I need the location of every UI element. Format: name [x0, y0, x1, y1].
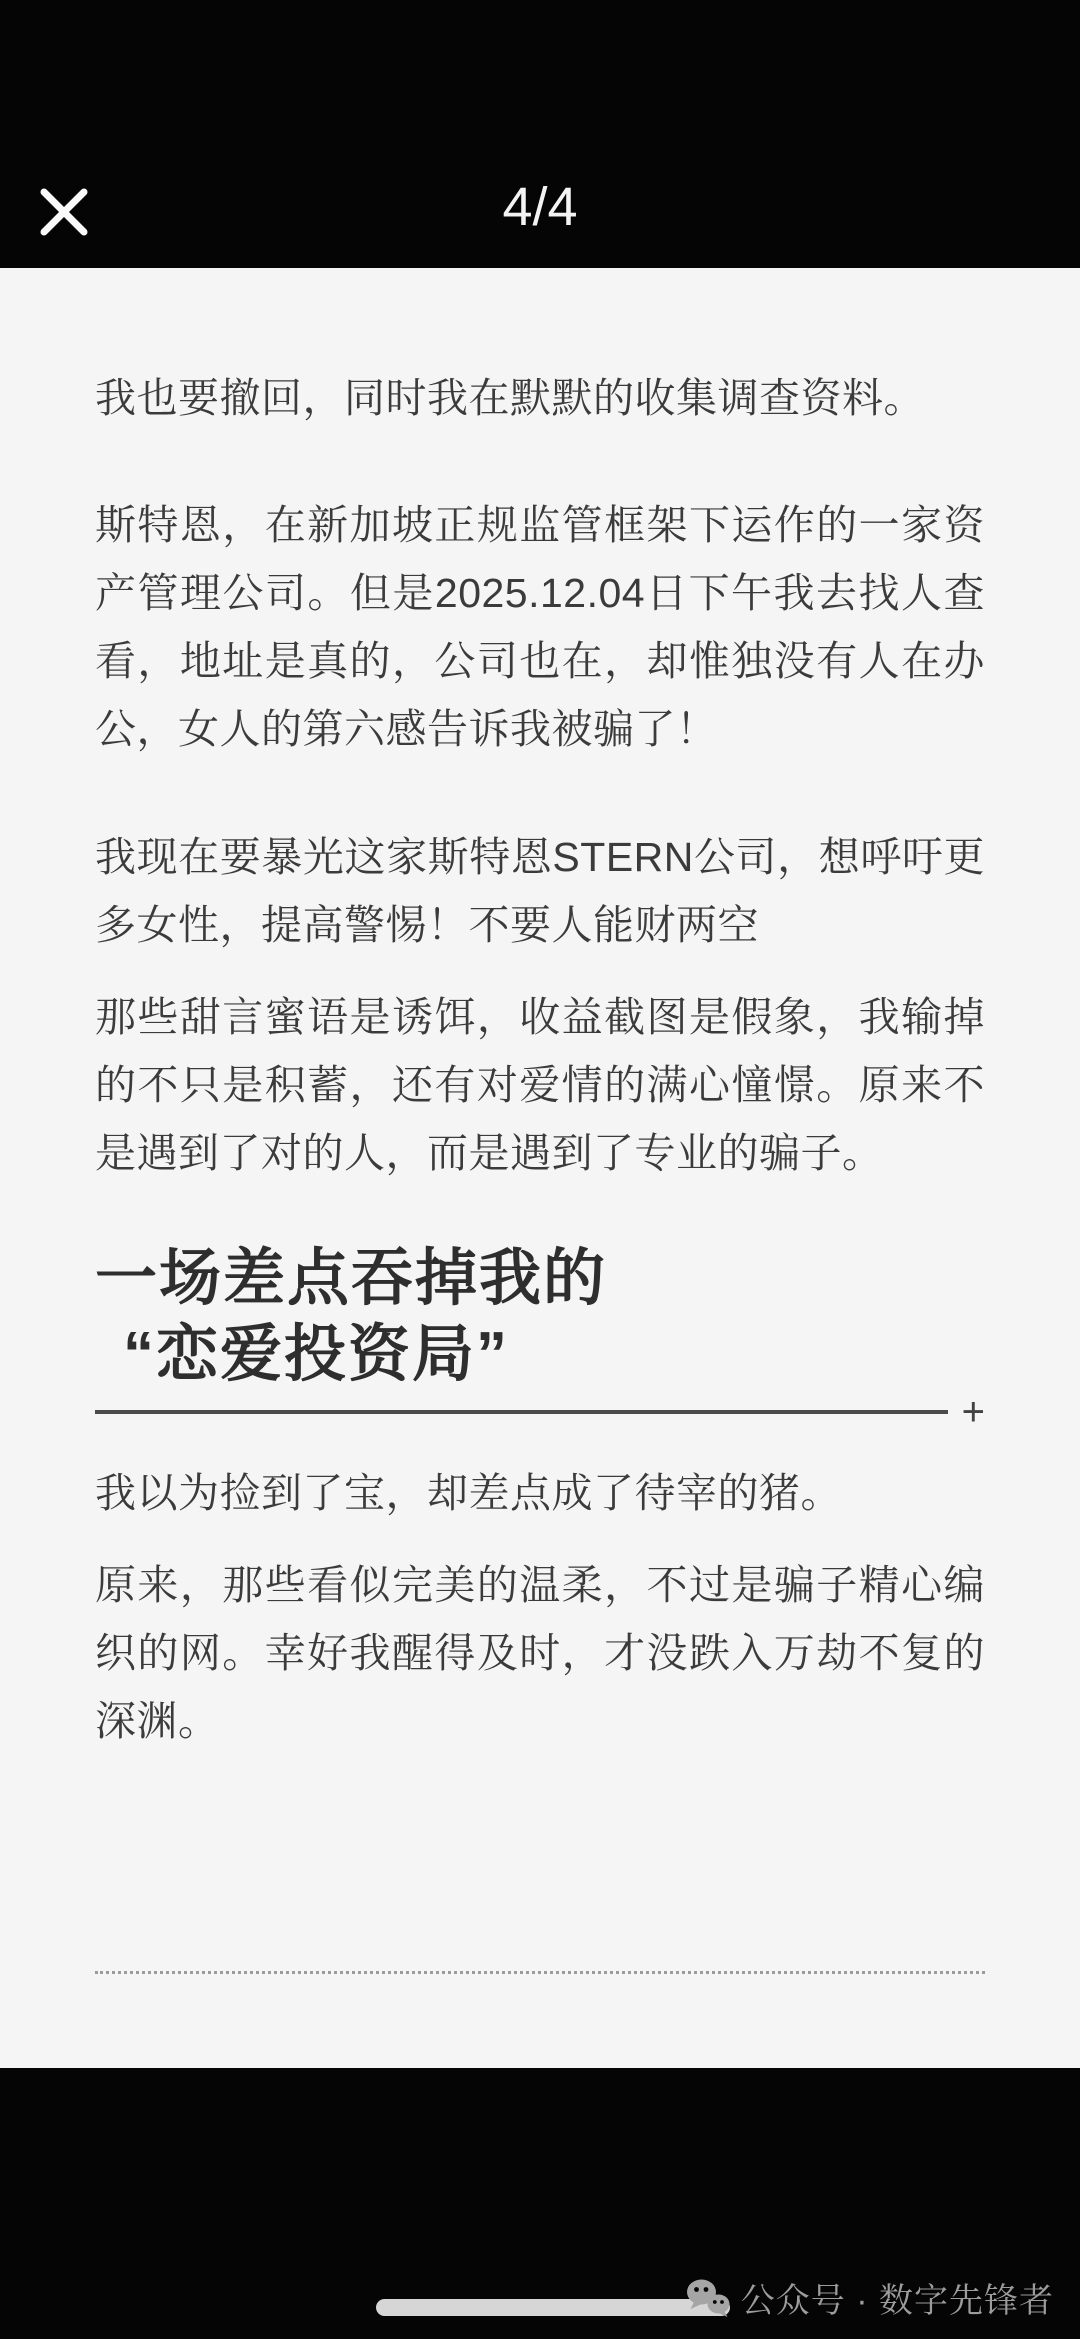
heading-line-2: “恋爱投资局” [95, 1317, 985, 1393]
wechat-icon [685, 2278, 731, 2323]
page-indicator: 4/4 [0, 176, 1080, 238]
paragraph: 斯特恩，在新加坡正规监管框架下运作的一家资产管理公司。但是2025.12.04日… [95, 491, 985, 763]
heading-divider: + [95, 1393, 985, 1431]
paragraph: 那些甜言蜜语是诱饵，收益截图是假象，我输掉的不只是积蓄，还有对爱情的满心憧憬。原… [95, 983, 985, 1187]
home-indicator[interactable] [376, 2299, 730, 2316]
article-heading: 一场差点吞掉我的 “恋爱投资局” [95, 1241, 985, 1393]
paragraph: 我现在要暴光这家斯特恩STERN公司，想呼吁更多女性，提高警惕！不要人能财两空 [95, 823, 985, 959]
plus-mark: + [962, 1393, 985, 1431]
paragraph: 原来，那些看似完美的温柔，不过是骗子精心编织的网。幸好我醒得及时，才没跌入万劫不… [95, 1551, 985, 1755]
paragraph: 我也要撤回，同时我在默默的收集调查资料。 [95, 364, 985, 432]
paragraph: 我以为捡到了宝，却差点成了待宰的猪。 [95, 1459, 985, 1527]
heading-line-1: 一场差点吞掉我的 [95, 1241, 985, 1317]
image-viewer-screen: 4/4 我也要撤回，同时我在默默的收集调查资料。 斯特恩，在新加坡正规监管框架下… [0, 0, 1080, 2339]
viewer-header: 4/4 [0, 0, 1080, 268]
heading-underline [95, 1410, 948, 1414]
viewer-footer: 公众号 · 数字先锋者 [0, 2068, 1080, 2339]
watermark: 公众号 · 数字先锋者 [685, 2278, 1054, 2323]
article-image-page[interactable]: 我也要撤回，同时我在默默的收集调查资料。 斯特恩，在新加坡正规监管框架下运作的一… [0, 268, 1080, 2068]
dotted-divider [95, 1971, 985, 1974]
watermark-label: 公众号 · 数字先锋者 [741, 2281, 1054, 2321]
